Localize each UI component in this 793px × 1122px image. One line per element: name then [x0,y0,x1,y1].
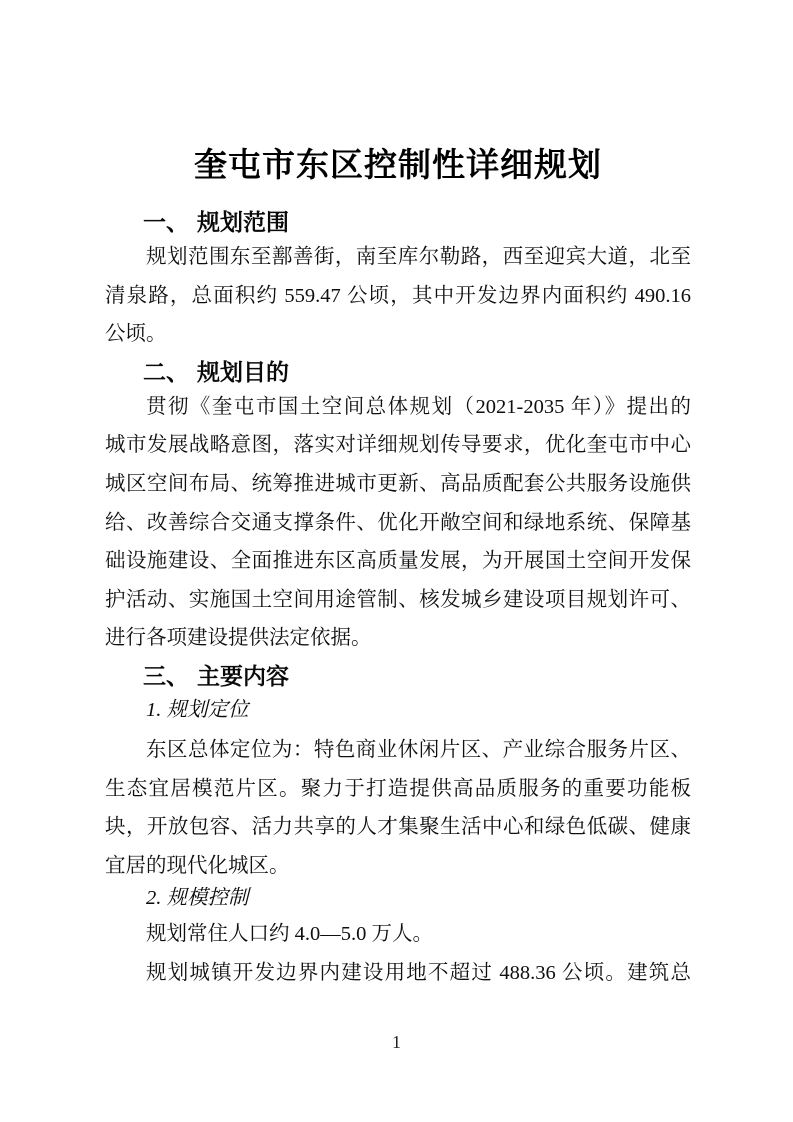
text-line: 块，开放包容、活力共享的人才集聚生活中心和绿色低碳、健康 [105,808,691,847]
text-line: 清泉路，总面积约 559.47 公顷，其中开发边界内面积约 490.16 [105,277,691,316]
section-3-number: 三、 [143,663,189,689]
document-content: 奎屯市东区控制性详细规划 一、规划范围 规划范围东至鄯善街，南至库尔勒路，西至迎… [105,0,691,993]
text-line: 生态宜居模范片区。聚力于打造提供高品质服务的重要功能板 [105,770,691,809]
section-1-heading: 一、规划范围 [105,206,691,238]
document-title: 奎屯市东区控制性详细规划 [105,144,691,188]
section-1-number: 一、 [143,209,189,235]
text-line: 城区空间布局、统筹推进城市更新、高品质配套公共服务设施供 [105,465,691,504]
text-line: 规划城镇开发边界内建设用地不超过 488.36 公顷。建筑总 [105,954,691,993]
section-2-heading: 二、规划目的 [105,356,691,388]
subsection-1-label: 1. 规划定位 [105,695,691,725]
section-2-number: 二、 [143,359,189,385]
section-3-heading: 三、主要内容 [105,660,691,692]
page-number: 1 [0,1032,793,1053]
text-line: 城市发展战略意图，落实对详细规划传导要求，优化奎屯市中心 [105,426,691,465]
text-line: 公顷。 [105,315,691,354]
text-line: 础设施建设、全面推进东区高质量发展，为开展国土空间开发保 [105,542,691,581]
text-line: 进行各项建设提供法定依据。 [105,619,691,658]
section-2-title: 规划目的 [197,359,289,385]
subsection-2-label: 2. 规模控制 [105,883,691,913]
text-line: 东区总体定位为：特色商业休闲片区、产业综合服务片区、 [105,731,691,770]
text-line: 规划常住人口约 4.0—5.0 万人。 [105,915,691,954]
text-line: 给、改善综合交通支撑条件、优化开敞空间和绿地系统、保障基 [105,504,691,543]
section-3-title: 主要内容 [197,663,289,689]
text-line: 护活动、实施国土空间用途管制、核发城乡建设项目规划许可、 [105,581,691,620]
section-1-title: 规划范围 [197,209,289,235]
text-line: 规划范围东至鄯善街，南至库尔勒路，西至迎宾大道，北至 [105,238,691,277]
text-line: 贯彻《奎屯市国土空间总体规划（2021-2035 年）》提出的 [105,388,691,427]
document-page: 奎屯市东区控制性详细规划 一、规划范围 规划范围东至鄯善街，南至库尔勒路，西至迎… [0,0,793,1122]
text-line: 宜居的现代化城区。 [105,847,691,886]
